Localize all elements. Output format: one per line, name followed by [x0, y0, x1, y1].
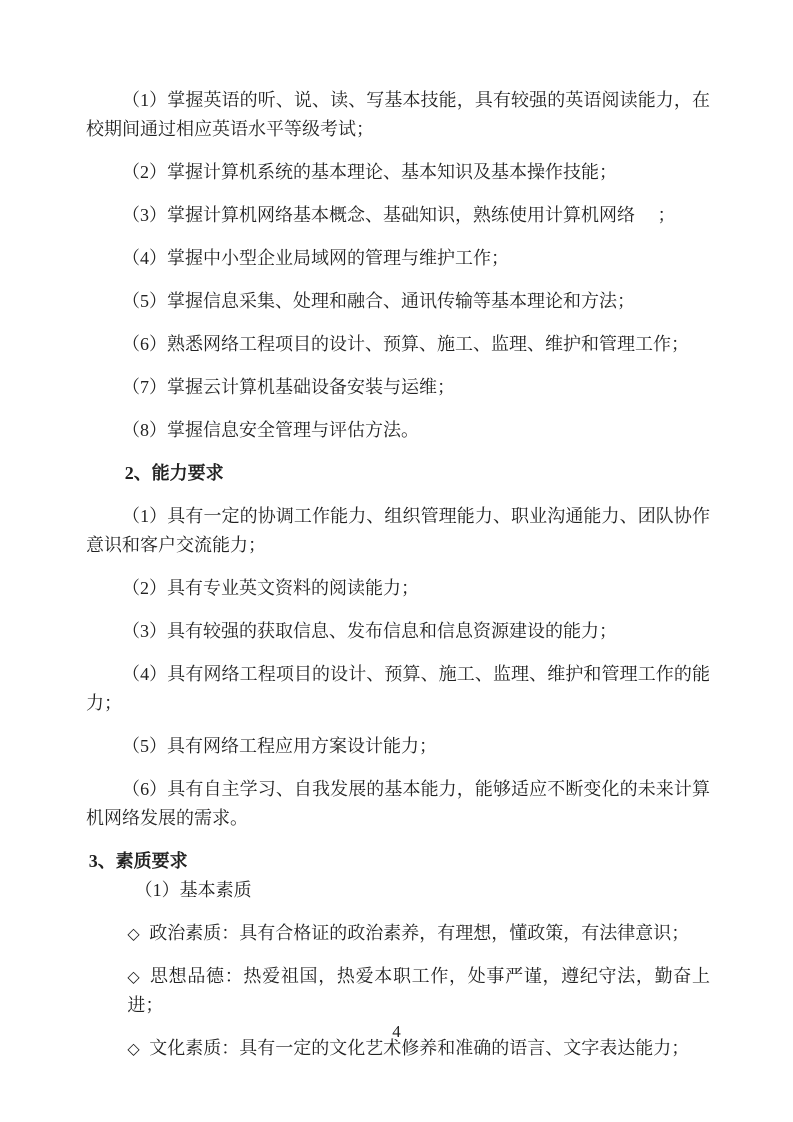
quality-section-heading: 3、素质要求 — [86, 847, 710, 876]
ability-item-2: （2）具有专业英文资料的阅读能力； — [86, 574, 710, 603]
quality-bullet-moral: ◇思想品德：热爱祖国，热爱本职工作，处事严谨，遵纪守法，勤奋上进； — [86, 962, 710, 1020]
knowledge-item-5: （5）掌握信息采集、处理和融合、通讯传输等基本理论和方法； — [86, 287, 710, 316]
ability-item-5: （5）具有网络工程应用方案设计能力； — [86, 732, 710, 761]
page-number: 4 — [0, 1021, 793, 1043]
quality-subheading: （1）基本素质 — [86, 876, 710, 905]
document-body: （1）掌握英语的听、说、读、写基本技能，具有较强的英语阅读能力，在校期间通过相应… — [86, 86, 710, 1077]
ability-item-4: （4）具有网络工程项目的设计、预算、施工、监理、维护和管理工作的能力； — [86, 660, 710, 718]
diamond-bullet-icon: ◇ — [127, 962, 139, 991]
knowledge-item-7: （7）掌握云计算机基础设备安装与运维； — [86, 373, 710, 402]
ability-section-heading: 2、能力要求 — [86, 459, 710, 488]
quality-bullet-text: 思想品德：热爱祖国，热爱本职工作，处事严谨，遵纪守法，勤奋上进； — [127, 966, 710, 1015]
knowledge-item-4: （4）掌握中小型企业局域网的管理与维护工作； — [86, 244, 710, 273]
ability-item-6: （6）具有自主学习、自我发展的基本能力，能够适应不断变化的未来计算机网络发展的需… — [86, 775, 710, 833]
quality-bullet-political: ◇政治素质：具有合格证的政治素养，有理想，懂政策，有法律意识； — [86, 919, 710, 948]
knowledge-item-3: （3）掌握计算机网络基本概念、基础知识，熟练使用计算机网络 ； — [86, 201, 710, 230]
quality-bullet-text: 政治素质：具有合格证的政治素养，有理想，懂政策，有法律意识； — [149, 923, 689, 943]
knowledge-item-1: （1）掌握英语的听、说、读、写基本技能，具有较强的英语阅读能力，在校期间通过相应… — [86, 86, 710, 144]
knowledge-item-6: （6）熟悉网络工程项目的设计、预算、施工、监理、维护和管理工作； — [86, 330, 710, 359]
knowledge-item-2: （2）掌握计算机系统的基本理论、基本知识及基本操作技能； — [86, 158, 710, 187]
ability-item-1: （1）具有一定的协调工作能力、组织管理能力、职业沟通能力、团队协作意识和客户交流… — [86, 502, 710, 560]
diamond-bullet-icon: ◇ — [127, 919, 139, 948]
ability-item-3: （3）具有较强的获取信息、发布信息和信息资源建设的能力； — [86, 617, 710, 646]
document-page: （1）掌握英语的听、说、读、写基本技能，具有较强的英语阅读能力，在校期间通过相应… — [0, 0, 793, 1122]
knowledge-item-8: （8）掌握信息安全管理与评估方法。 — [86, 416, 710, 445]
